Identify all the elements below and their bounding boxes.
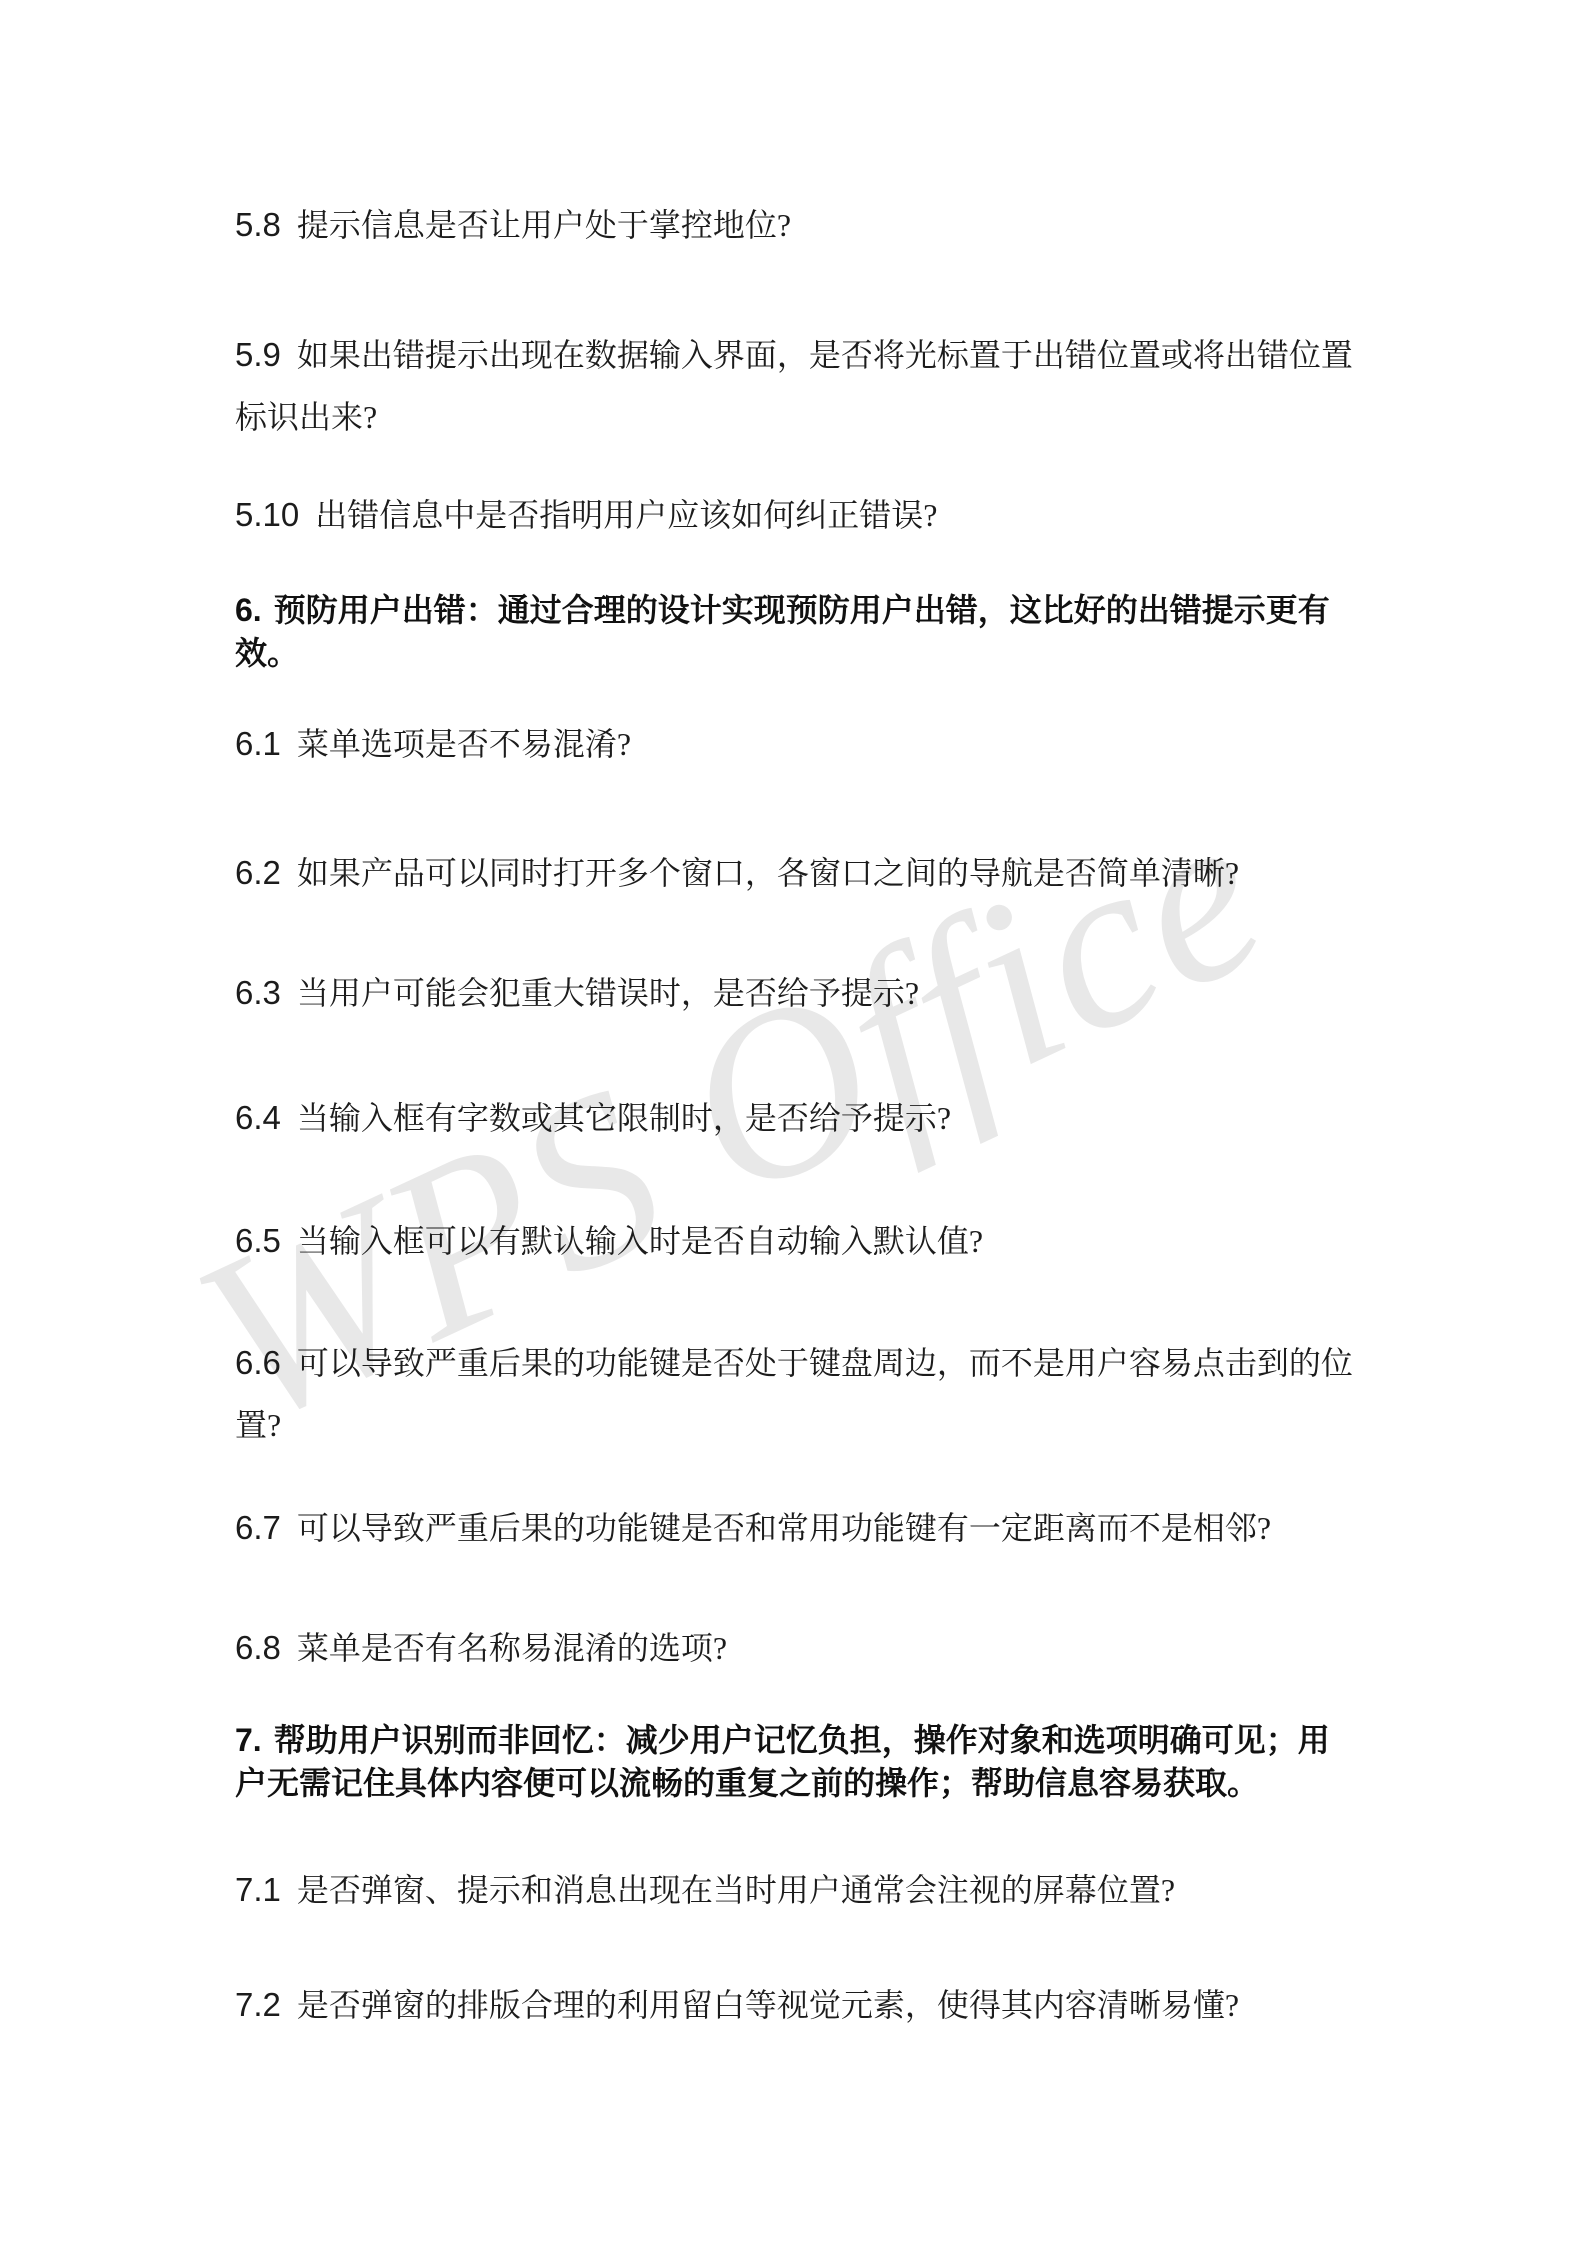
item-number: 6.7 bbox=[235, 1509, 281, 1546]
item-number: 6.6 bbox=[235, 1344, 281, 1381]
item-number: 6.4 bbox=[235, 1099, 281, 1136]
checklist-item: 6.6可以导致严重后果的功能键是否处于键盘周边，而不是用户容易点击到的位置? bbox=[235, 1332, 1495, 1456]
paragraph-line: 6.4当输入框有字数或其它限制时，是否给予提示? bbox=[235, 1087, 1495, 1149]
paragraph-line: 6.7可以导致严重后果的功能键是否和常用功能键有一定距离而不是相邻? bbox=[235, 1497, 1495, 1559]
document-body: 5.8提示信息是否让用户处于掌控地位?5.9如果出错提示出现在数据输入界面，是否… bbox=[0, 0, 1495, 2036]
item-text: 如果出错提示出现在数据输入界面，是否将光标置于出错位置或将出错位置 bbox=[297, 337, 1353, 373]
item-text: 菜单是否有名称易混淆的选项? bbox=[297, 1630, 727, 1666]
checklist-item: 6.5当输入框可以有默认输入时是否自动输入默认值? bbox=[235, 1210, 1495, 1272]
paragraph-line: 6.预防用户出错：通过合理的设计实现预防用户出错，这比好的出错提示更有 bbox=[235, 589, 1495, 632]
paragraph-line: 标识出来? bbox=[235, 386, 1495, 448]
item-number: 7.2 bbox=[235, 1986, 281, 2023]
item-text: 菜单选项是否不易混淆? bbox=[297, 726, 631, 762]
paragraph-line: 5.10出错信息中是否指明用户应该如何纠正错误? bbox=[235, 484, 1495, 546]
paragraph-line: 户无需记住具体内容便可以流畅的重复之前的操作；帮助信息容易获取。 bbox=[235, 1762, 1495, 1805]
item-text: 当用户可能会犯重大错误时，是否给予提示? bbox=[297, 975, 919, 1011]
item-number: 5.9 bbox=[235, 336, 281, 373]
paragraph-line: 5.8提示信息是否让用户处于掌控地位? bbox=[235, 194, 1495, 256]
item-number: 6.2 bbox=[235, 854, 281, 891]
checklist-item: 5.10出错信息中是否指明用户应该如何纠正错误? bbox=[235, 484, 1495, 546]
paragraph-line: 效。 bbox=[235, 632, 1495, 675]
paragraph-line: 5.9如果出错提示出现在数据输入界面，是否将光标置于出错位置或将出错位置 bbox=[235, 324, 1495, 386]
checklist-item: 5.9如果出错提示出现在数据输入界面，是否将光标置于出错位置或将出错位置标识出来… bbox=[235, 324, 1495, 448]
item-number: 6.5 bbox=[235, 1222, 281, 1259]
paragraph-line: 6.5当输入框可以有默认输入时是否自动输入默认值? bbox=[235, 1210, 1495, 1272]
item-text: 是否弹窗的排版合理的利用留白等视觉元素，使得其内容清晰易懂? bbox=[297, 1987, 1239, 2023]
item-text: 是否弹窗、提示和消息出现在当时用户通常会注视的屏幕位置? bbox=[297, 1872, 1175, 1908]
item-text: 当输入框可以有默认输入时是否自动输入默认值? bbox=[297, 1223, 983, 1259]
checklist-item: 5.8提示信息是否让用户处于掌控地位? bbox=[235, 194, 1495, 256]
item-text: 提示信息是否让用户处于掌控地位? bbox=[297, 207, 791, 243]
item-text: 可以导致严重后果的功能键是否和常用功能键有一定距离而不是相邻? bbox=[297, 1510, 1271, 1546]
paragraph-line: 6.6可以导致严重后果的功能键是否处于键盘周边，而不是用户容易点击到的位 bbox=[235, 1332, 1495, 1394]
paragraph-line: 6.2如果产品可以同时打开多个窗口，各窗口之间的导航是否简单清晰? bbox=[235, 842, 1495, 904]
paragraph-line: 置? bbox=[235, 1394, 1495, 1456]
item-number: 5.8 bbox=[235, 206, 281, 243]
checklist-item: 7.1是否弹窗、提示和消息出现在当时用户通常会注视的屏幕位置? bbox=[235, 1859, 1495, 1921]
item-text: 如果产品可以同时打开多个窗口，各窗口之间的导航是否简单清晰? bbox=[297, 855, 1239, 891]
item-number: 6.3 bbox=[235, 974, 281, 1011]
item-number: 6. bbox=[235, 592, 262, 628]
checklist-item: 6.7可以导致严重后果的功能键是否和常用功能键有一定距离而不是相邻? bbox=[235, 1497, 1495, 1559]
item-number: 7.1 bbox=[235, 1871, 281, 1908]
item-number: 7. bbox=[235, 1722, 262, 1758]
item-number: 6.8 bbox=[235, 1629, 281, 1666]
checklist-item: 6.8菜单是否有名称易混淆的选项? bbox=[235, 1617, 1495, 1679]
paragraph-line: 6.3当用户可能会犯重大错误时，是否给予提示? bbox=[235, 962, 1495, 1024]
item-text: 出错信息中是否指明用户应该如何纠正错误? bbox=[315, 497, 937, 533]
paragraph-line: 7.帮助用户识别而非回忆：减少用户记忆负担，操作对象和选项明确可见；用 bbox=[235, 1719, 1495, 1762]
paragraph-line: 6.8菜单是否有名称易混淆的选项? bbox=[235, 1617, 1495, 1679]
item-number: 5.10 bbox=[235, 496, 299, 533]
checklist-item: 6.2如果产品可以同时打开多个窗口，各窗口之间的导航是否简单清晰? bbox=[235, 842, 1495, 904]
checklist-item: 7.2是否弹窗的排版合理的利用留白等视觉元素，使得其内容清晰易懂? bbox=[235, 1974, 1495, 2036]
checklist-item: 6.4当输入框有字数或其它限制时，是否给予提示? bbox=[235, 1087, 1495, 1149]
paragraph-line: 7.2是否弹窗的排版合理的利用留白等视觉元素，使得其内容清晰易懂? bbox=[235, 1974, 1495, 2036]
document-page: WPS Office 5.8提示信息是否让用户处于掌控地位?5.9如果出错提示出… bbox=[0, 0, 1586, 2244]
checklist-item: 6.1菜单选项是否不易混淆? bbox=[235, 713, 1495, 775]
item-number: 6.1 bbox=[235, 725, 281, 762]
checklist-item: 6.3当用户可能会犯重大错误时，是否给予提示? bbox=[235, 962, 1495, 1024]
paragraph-line: 7.1是否弹窗、提示和消息出现在当时用户通常会注视的屏幕位置? bbox=[235, 1859, 1495, 1921]
section-heading: 7.帮助用户识别而非回忆：减少用户记忆负担，操作对象和选项明确可见；用户无需记住… bbox=[235, 1719, 1495, 1805]
item-text: 当输入框有字数或其它限制时，是否给予提示? bbox=[297, 1100, 951, 1136]
section-heading: 6.预防用户出错：通过合理的设计实现预防用户出错，这比好的出错提示更有效。 bbox=[235, 589, 1495, 675]
item-text: 可以导致严重后果的功能键是否处于键盘周边，而不是用户容易点击到的位 bbox=[297, 1345, 1353, 1381]
item-text: 帮助用户识别而非回忆：减少用户记忆负担，操作对象和选项明确可见；用 bbox=[274, 1722, 1330, 1758]
item-text: 预防用户出错：通过合理的设计实现预防用户出错，这比好的出错提示更有 bbox=[274, 592, 1330, 628]
paragraph-line: 6.1菜单选项是否不易混淆? bbox=[235, 713, 1495, 775]
